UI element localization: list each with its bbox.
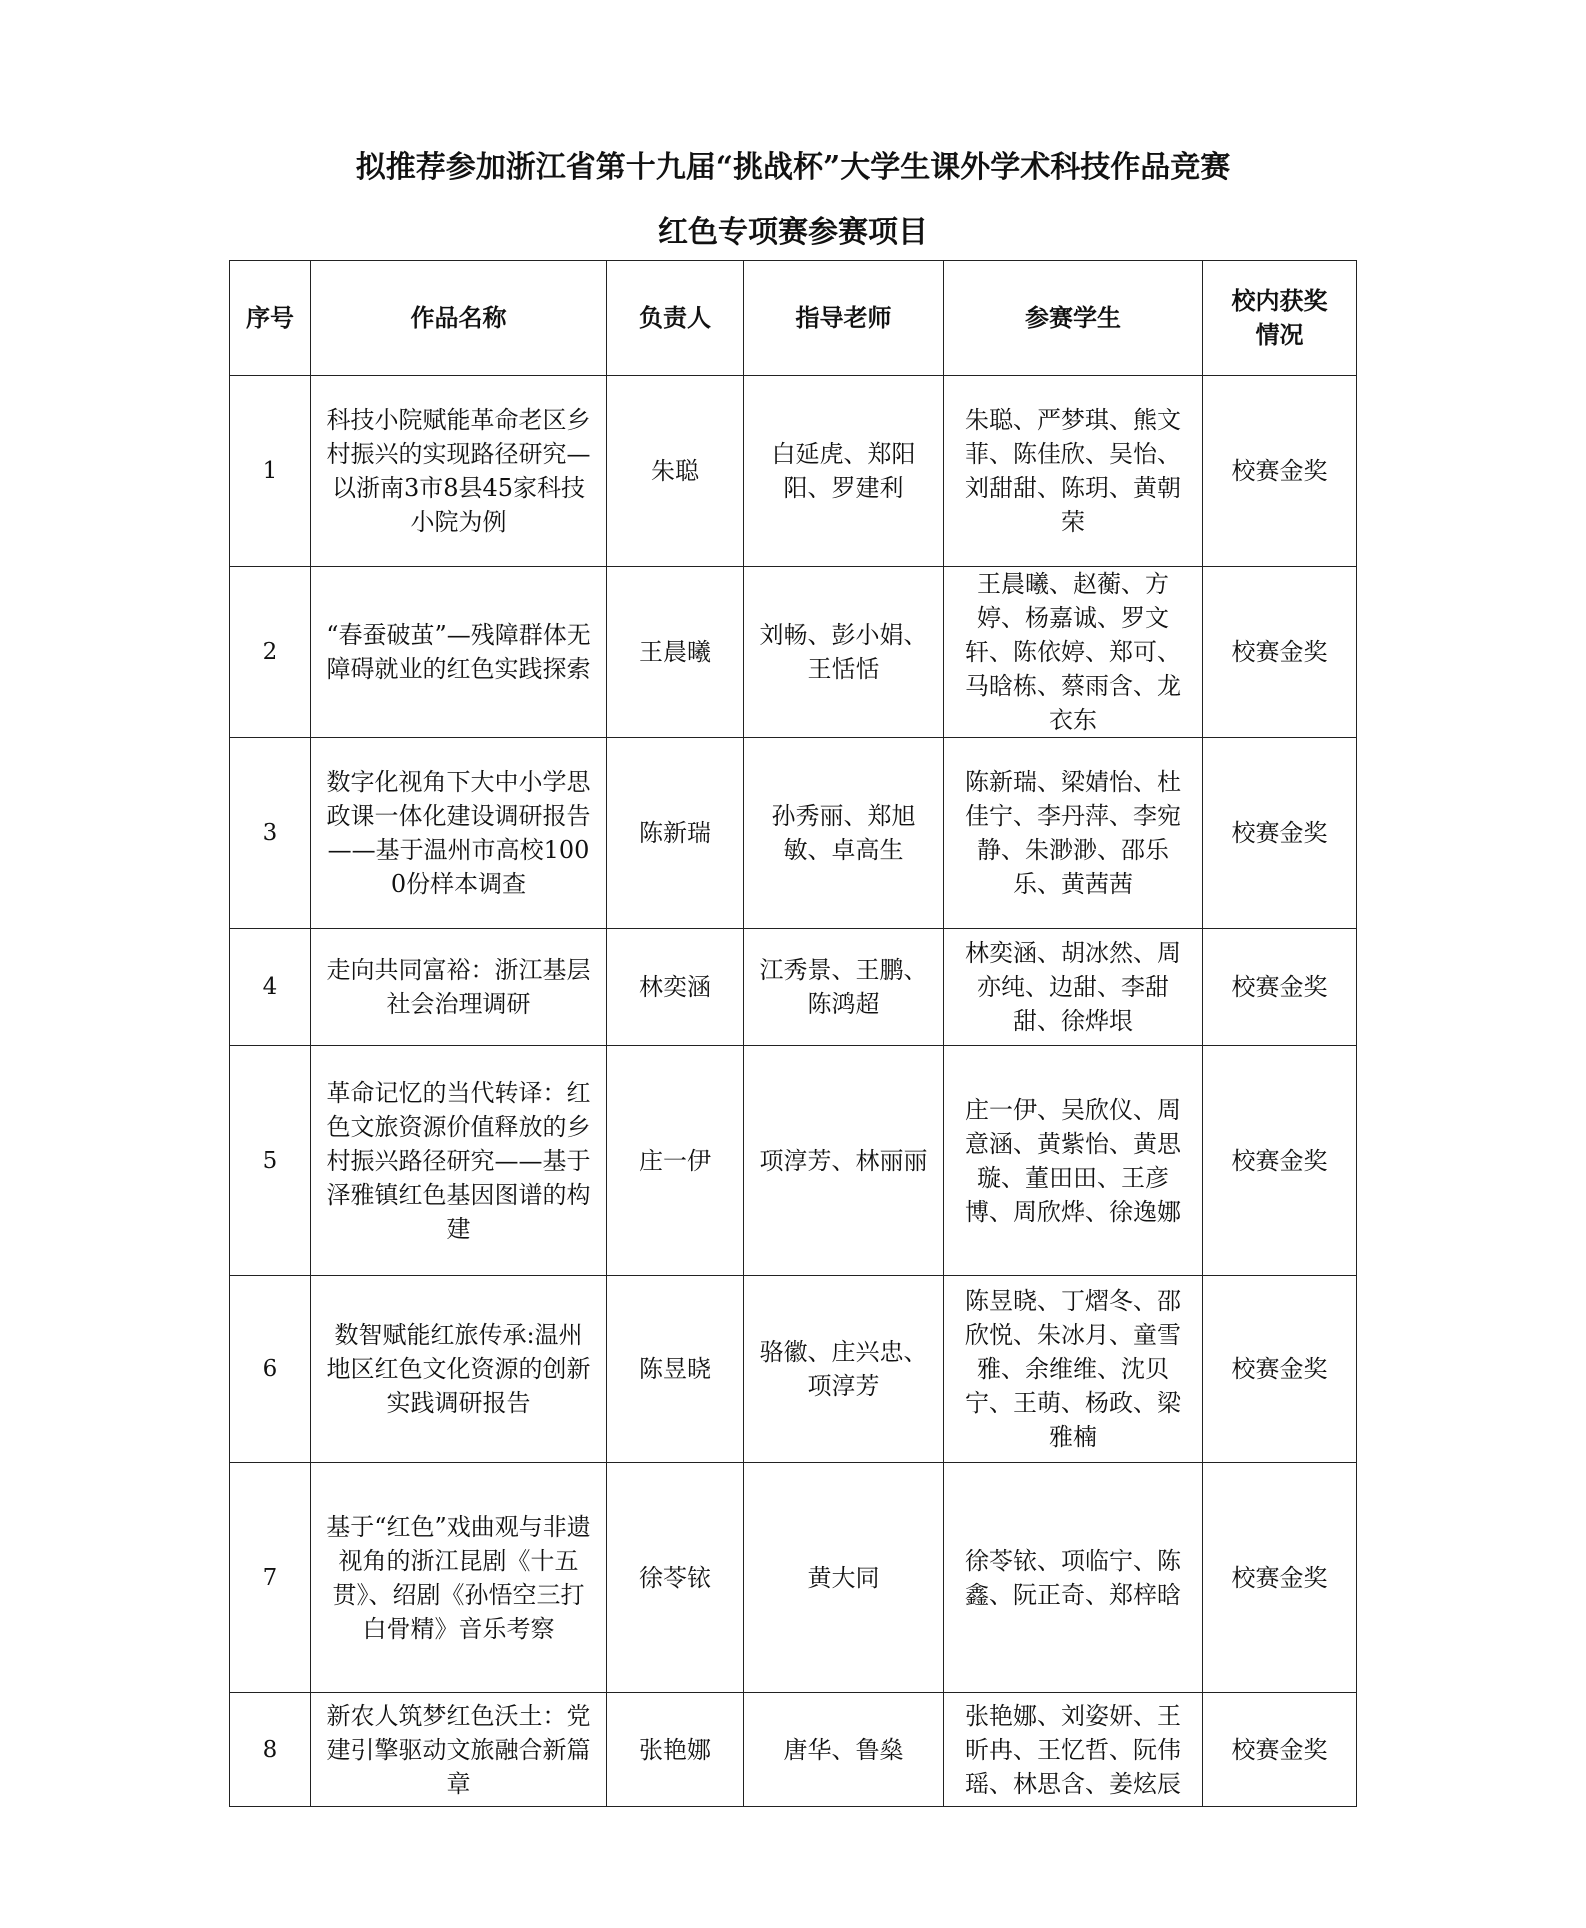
row-no: 4 (230, 929, 311, 1046)
table-row: 3 数字化视角下大中小学思政课一体化建设调研报告——基于温州市高校1000份样本… (230, 738, 1357, 929)
row-students: 林奕涵、胡冰然、周亦纯、边甜、李甜甜、徐烨垠 (944, 929, 1203, 1046)
row-award: 校赛金奖 (1203, 1276, 1357, 1463)
row-advisors: 唐华、鲁燊 (744, 1693, 944, 1807)
row-title: 数智赋能红旅传承:温州地区红色文化资源的创新实践调研报告 (311, 1276, 607, 1463)
row-students: 徐苓铱、项临宁、陈鑫、阮正奇、郑梓晗 (944, 1463, 1203, 1693)
row-advisors: 项淳芳、林丽丽 (744, 1046, 944, 1276)
row-students: 张艳娜、刘姿妍、王昕冉、王忆哲、阮伟瑶、林思含、姜炫辰 (944, 1693, 1203, 1807)
row-award: 校赛金奖 (1203, 1463, 1357, 1693)
table-row: 5 革命记忆的当代转译：红色文旅资源价值释放的乡村振兴路径研究——基于泽雅镇红色… (230, 1046, 1357, 1276)
header-title: 作品名称 (311, 261, 607, 376)
header-no: 序号 (230, 261, 311, 376)
row-award: 校赛金奖 (1203, 929, 1357, 1046)
header-lead: 负责人 (607, 261, 744, 376)
header-students: 参赛学生 (944, 261, 1203, 376)
row-advisors: 刘畅、彭小娟、王恬恬 (744, 567, 944, 738)
projects-table: 序号 作品名称 负责人 指导老师 参赛学生 校内获奖情况 1 科技小院赋能革命老… (229, 260, 1357, 1807)
row-no: 2 (230, 567, 311, 738)
row-students: 朱聪、严梦琪、熊文菲、陈佳欣、吴怡、刘甜甜、陈玥、黄朝荣 (944, 376, 1203, 567)
table-row: 7 基于“红色”戏曲观与非遗视角的浙江昆剧《十五贯》、绍剧《孙悟空三打白骨精》音… (230, 1463, 1357, 1693)
row-advisors: 黄大同 (744, 1463, 944, 1693)
row-title: 数字化视角下大中小学思政课一体化建设调研报告——基于温州市高校1000份样本调查 (311, 738, 607, 929)
row-advisors: 江秀景、王鹏、陈鸿超 (744, 929, 944, 1046)
row-award: 校赛金奖 (1203, 738, 1357, 929)
row-lead: 林奕涵 (607, 929, 744, 1046)
table-row: 1 科技小院赋能革命老区乡村振兴的实现路径研究—以浙南3市8县45家科技小院为例… (230, 376, 1357, 567)
header-advisors: 指导老师 (744, 261, 944, 376)
row-no: 1 (230, 376, 311, 567)
table-row: 8 新农人筑梦红色沃土：党建引擎驱动文旅融合新篇章 张艳娜 唐华、鲁燊 张艳娜、… (230, 1693, 1357, 1807)
row-lead: 陈新瑞 (607, 738, 744, 929)
row-no: 7 (230, 1463, 311, 1693)
document-title: 拟推荐参加浙江省第十九届“挑战杯”大学生课外学术科技作品竞赛 (0, 142, 1586, 186)
row-advisors: 孙秀丽、郑旭敏、卓高生 (744, 738, 944, 929)
row-no: 6 (230, 1276, 311, 1463)
row-title: 走向共同富裕：浙江基层社会治理调研 (311, 929, 607, 1046)
row-title: 革命记忆的当代转译：红色文旅资源价值释放的乡村振兴路径研究——基于泽雅镇红色基因… (311, 1046, 607, 1276)
row-award: 校赛金奖 (1203, 1693, 1357, 1807)
table-row: 2 “春蚕破茧”—残障群体无障碍就业的红色实践探索 王晨曦 刘畅、彭小娟、王恬恬… (230, 567, 1357, 738)
row-advisors: 骆徽、庄兴忠、项淳芳 (744, 1276, 944, 1463)
row-advisors: 白延虎、郑阳阳、罗建利 (744, 376, 944, 567)
row-no: 5 (230, 1046, 311, 1276)
header-award: 校内获奖情况 (1203, 261, 1357, 376)
row-lead: 庄一伊 (607, 1046, 744, 1276)
document-subtitle: 红色专项赛参赛项目 (0, 207, 1586, 251)
table-row: 4 走向共同富裕：浙江基层社会治理调研 林奕涵 江秀景、王鹏、陈鸿超 林奕涵、胡… (230, 929, 1357, 1046)
row-students: 陈新瑞、梁婧怡、杜佳宁、李丹萍、李宛静、朱渺渺、邵乐乐、黄茜茜 (944, 738, 1203, 929)
table-header-row: 序号 作品名称 负责人 指导老师 参赛学生 校内获奖情况 (230, 261, 1357, 376)
row-title: 新农人筑梦红色沃土：党建引擎驱动文旅融合新篇章 (311, 1693, 607, 1807)
row-students: 庄一伊、吴欣仪、周意涵、黄紫怡、黄思璇、董田田、王彦博、周欣烨、徐逸娜 (944, 1046, 1203, 1276)
row-award: 校赛金奖 (1203, 376, 1357, 567)
row-lead: 陈昱晓 (607, 1276, 744, 1463)
row-lead: 王晨曦 (607, 567, 744, 738)
row-students: 陈昱晓、丁熠冬、邵欣悦、朱冰月、童雪雅、余维维、沈贝宁、王萌、杨政、梁雅楠 (944, 1276, 1203, 1463)
row-no: 8 (230, 1693, 311, 1807)
row-lead: 张艳娜 (607, 1693, 744, 1807)
row-award: 校赛金奖 (1203, 1046, 1357, 1276)
row-title: 科技小院赋能革命老区乡村振兴的实现路径研究—以浙南3市8县45家科技小院为例 (311, 376, 607, 567)
row-students: 王晨曦、赵蘅、方婷、杨嘉诚、罗文轩、陈依婷、郑可、马晗栋、蔡雨含、龙衣东 (944, 567, 1203, 738)
row-lead: 徐苓铱 (607, 1463, 744, 1693)
row-title: “春蚕破茧”—残障群体无障碍就业的红色实践探索 (311, 567, 607, 738)
table-row: 6 数智赋能红旅传承:温州地区红色文化资源的创新实践调研报告 陈昱晓 骆徽、庄兴… (230, 1276, 1357, 1463)
row-title: 基于“红色”戏曲观与非遗视角的浙江昆剧《十五贯》、绍剧《孙悟空三打白骨精》音乐考… (311, 1463, 607, 1693)
row-lead: 朱聪 (607, 376, 744, 567)
row-award: 校赛金奖 (1203, 567, 1357, 738)
row-no: 3 (230, 738, 311, 929)
